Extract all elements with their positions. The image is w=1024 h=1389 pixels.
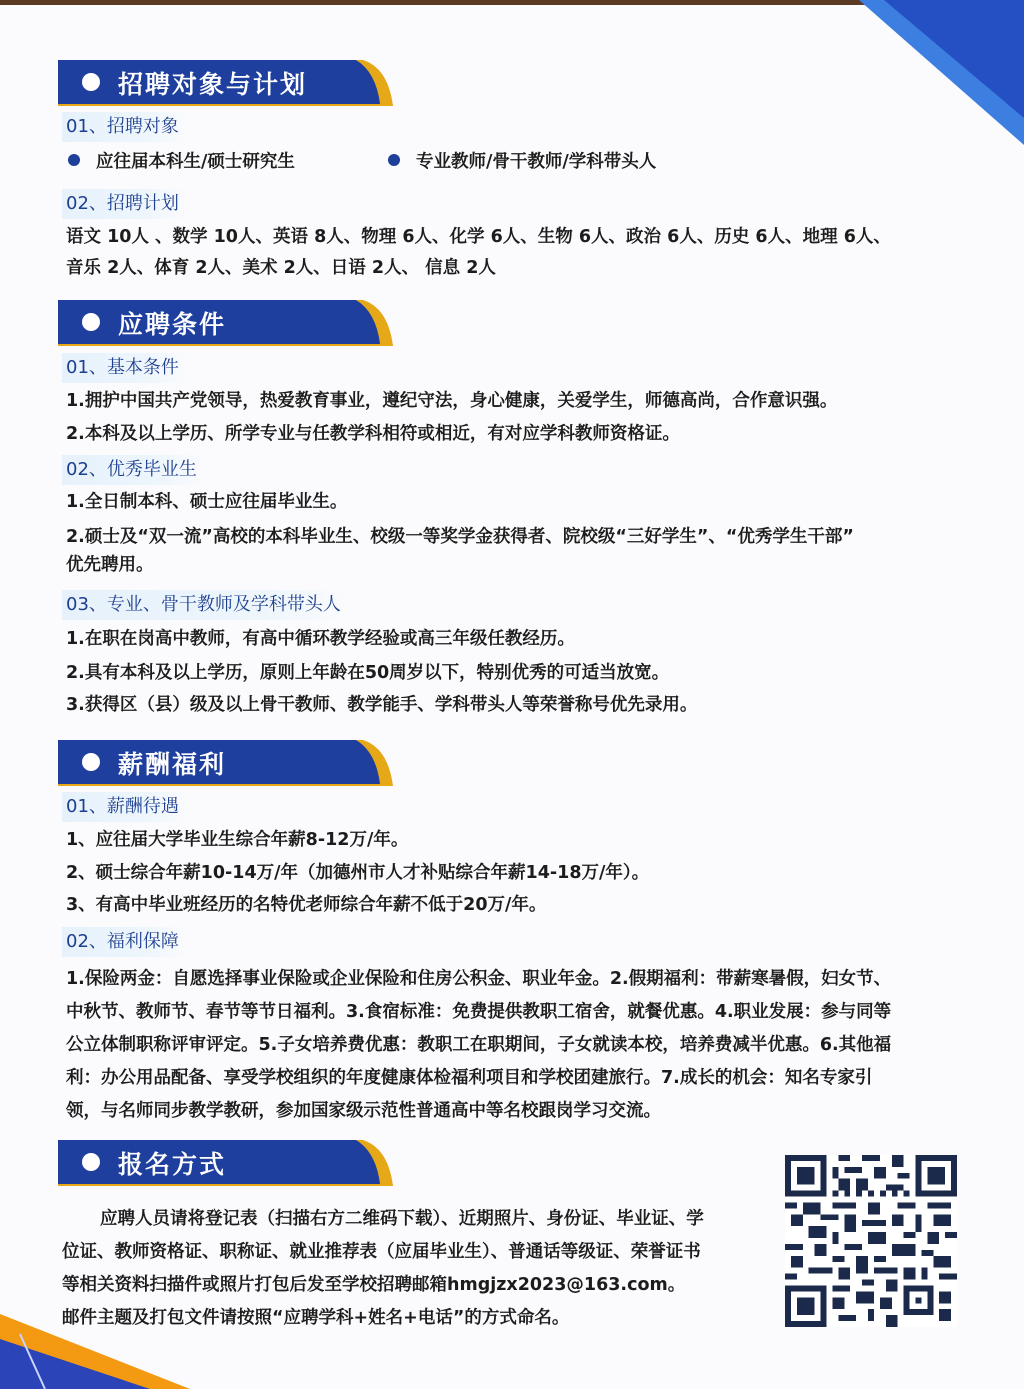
requirement-line: 1.在职在岗高中教师，有高中循环教学经验或高三年级任教经历。 <box>66 627 575 651</box>
plan-line: 音乐 2人、体育 2人、美术 2人、日语 2人、 信息 2人 <box>66 256 496 280</box>
bullet-dot-icon <box>82 753 100 771</box>
section-title: 应聘条件 <box>118 305 226 341</box>
section-banner-application: 报名方式 <box>58 1140 388 1184</box>
bullet-item: 专业教师/骨干教师/学科带头人 <box>388 150 656 174</box>
corner-decoration-top-right <box>824 0 1024 150</box>
section-title: 报名方式 <box>118 1145 226 1181</box>
bullet-dot-icon <box>82 1153 100 1171</box>
salary-line: 3、有高中毕业班经历的名特优老师综合年薪不低于20万/年。 <box>66 893 546 917</box>
benefits-paragraph: 1.保险两金：自愿选择事业保险或企业保险和住房公积金、职业年金。2.假期福利：带… <box>66 963 966 1128</box>
requirement-line: 1.全日制本科、硕士应往届毕业生。 <box>66 490 347 514</box>
requirement-line: 2.本科及以上学历、所学专业与任教学科相符或相近，有对应学科教师资格证。 <box>66 422 680 446</box>
section-banner-recruitment-targets: 招聘对象与计划 <box>58 60 388 104</box>
section-title: 招聘对象与计划 <box>118 65 307 101</box>
bullet-dot-icon <box>82 313 100 331</box>
plan-line: 语文 10人 、数学 10人、英语 8人、物理 6人、化学 6人、生物 6人、政… <box>66 225 891 249</box>
requirement-line: 2.硕士及“双一流”高校的本科毕业生、校级一等奖学金获得者、院校级“三好学生”、… <box>66 525 854 549</box>
salary-line: 2、硕士综合年薪10-14万/年（加德州市人才补贴综合年薪14-18万/年）。 <box>66 861 649 885</box>
bullet-dot-icon <box>68 154 80 166</box>
bullet-item: 应往届本科生/硕士研究生 <box>68 150 295 174</box>
section-banner-requirements: 应聘条件 <box>58 300 388 344</box>
subheading-targets: 01、招聘对象 <box>62 112 187 142</box>
bullet-dot-icon <box>388 154 400 166</box>
subheading-salary: 01、薪酬待遇 <box>62 792 187 822</box>
subheading-plan: 02、招聘计划 <box>62 189 187 219</box>
section-banner-compensation: 薪酬福利 <box>58 740 388 784</box>
qr-code-icon[interactable] <box>785 1155 957 1327</box>
subheading-experienced-teachers: 03、专业、骨干教师及学科带头人 <box>62 590 349 620</box>
subheading-graduates: 02、优秀毕业生 <box>62 455 205 485</box>
requirement-line: 1.拥护中国共产党领导，热爱教育事业，遵纪守法，身心健康，关爱学生，师德高尚，合… <box>66 389 837 413</box>
requirement-line: 3.获得区（县）级及以上骨干教师、教学能手、学科带头人等荣誉称号优先录用。 <box>66 693 697 717</box>
subheading-basic: 01、基本条件 <box>62 353 187 383</box>
bullet-dot-icon <box>82 73 100 91</box>
requirement-line: 2.具有本科及以上学历，原则上年龄在50周岁以下，特别优秀的可适当放宽。 <box>66 661 669 685</box>
salary-line: 1、应往届大学毕业生综合年薪8-12万/年。 <box>66 828 408 852</box>
subheading-benefits: 02、福利保障 <box>62 927 187 957</box>
section-title: 薪酬福利 <box>118 745 226 781</box>
requirement-line: 优先聘用。 <box>66 553 154 577</box>
